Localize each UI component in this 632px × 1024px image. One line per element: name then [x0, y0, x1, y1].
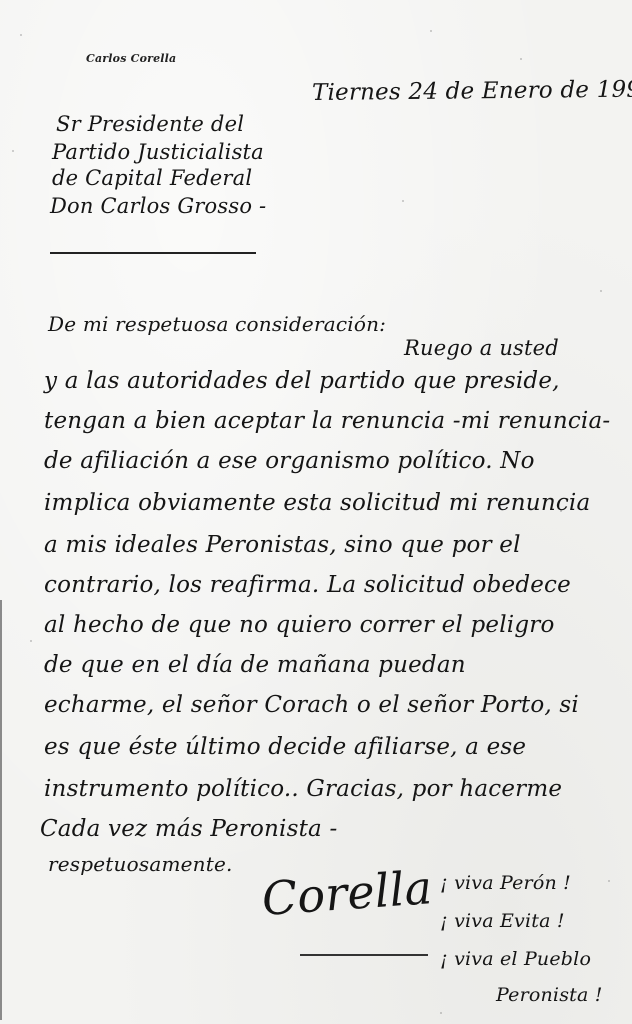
postscript-line: ¡ viva Evita ! — [440, 910, 565, 932]
body-line: de que en el día de mañana puedan — [44, 652, 466, 678]
addressee-line: de Capital Federal — [52, 166, 252, 190]
body-line: Cada vez más Peronista - — [40, 816, 337, 842]
body-line: de afiliación a ese organismo político. … — [44, 448, 535, 474]
letter-page: Carlos Corella Tiernes 24 de Enero de 19… — [0, 0, 632, 1024]
scan-speck — [402, 200, 404, 202]
body-line: contrario, los reafirma. La solicitud ob… — [44, 572, 571, 598]
body-line: es que éste último decide afiliarse, a e… — [44, 734, 526, 760]
postscript-line: ¡ viva Perón ! — [440, 872, 571, 894]
scan-speck — [430, 30, 432, 32]
scan-speck — [20, 34, 22, 36]
scan-speck — [440, 1012, 442, 1014]
addressee-underline — [50, 252, 256, 254]
body-line: tengan a bien aceptar la renuncia -mi re… — [44, 408, 610, 434]
body-line: echarme, el señor Corach o el señor Port… — [44, 692, 579, 718]
body-line: a mis ideales Peronistas, sino que por e… — [44, 532, 521, 558]
salutation: De mi respetuosa consideración: — [48, 312, 386, 336]
scan-speck — [608, 880, 610, 882]
body-line: implica obviamente esta solicitud mi ren… — [44, 490, 590, 516]
body-line: y a las autoridades del partido que pres… — [44, 368, 560, 394]
postscript-line: ¡ viva el Pueblo — [440, 948, 591, 970]
body-line: instrumento político.. Gracias, por hace… — [44, 776, 562, 802]
signature: Corella — [260, 860, 434, 926]
body-line: al hecho de que no quiero correr el peli… — [44, 612, 555, 638]
scan-edge-shadow — [0, 600, 2, 1020]
scan-speck — [600, 290, 602, 292]
addressee-line: Don Carlos Grosso - — [50, 194, 266, 218]
signature-underline — [300, 954, 428, 956]
scan-speck — [30, 640, 32, 642]
scan-speck — [12, 150, 14, 152]
scan-speck — [520, 58, 522, 60]
closing-line: respetuosamente. — [48, 852, 233, 876]
letterhead-name: Carlos Corella — [86, 52, 176, 65]
addressee-line: Partido Justicialista — [52, 140, 264, 164]
addressee-line: Sr Presidente del — [56, 112, 244, 136]
date-line: Tiernes 24 de Enero de 1992 — [312, 76, 632, 106]
body-line: Ruego a usted — [404, 336, 559, 360]
postscript-line: Peronista ! — [496, 984, 603, 1006]
scan-speck — [560, 510, 562, 512]
